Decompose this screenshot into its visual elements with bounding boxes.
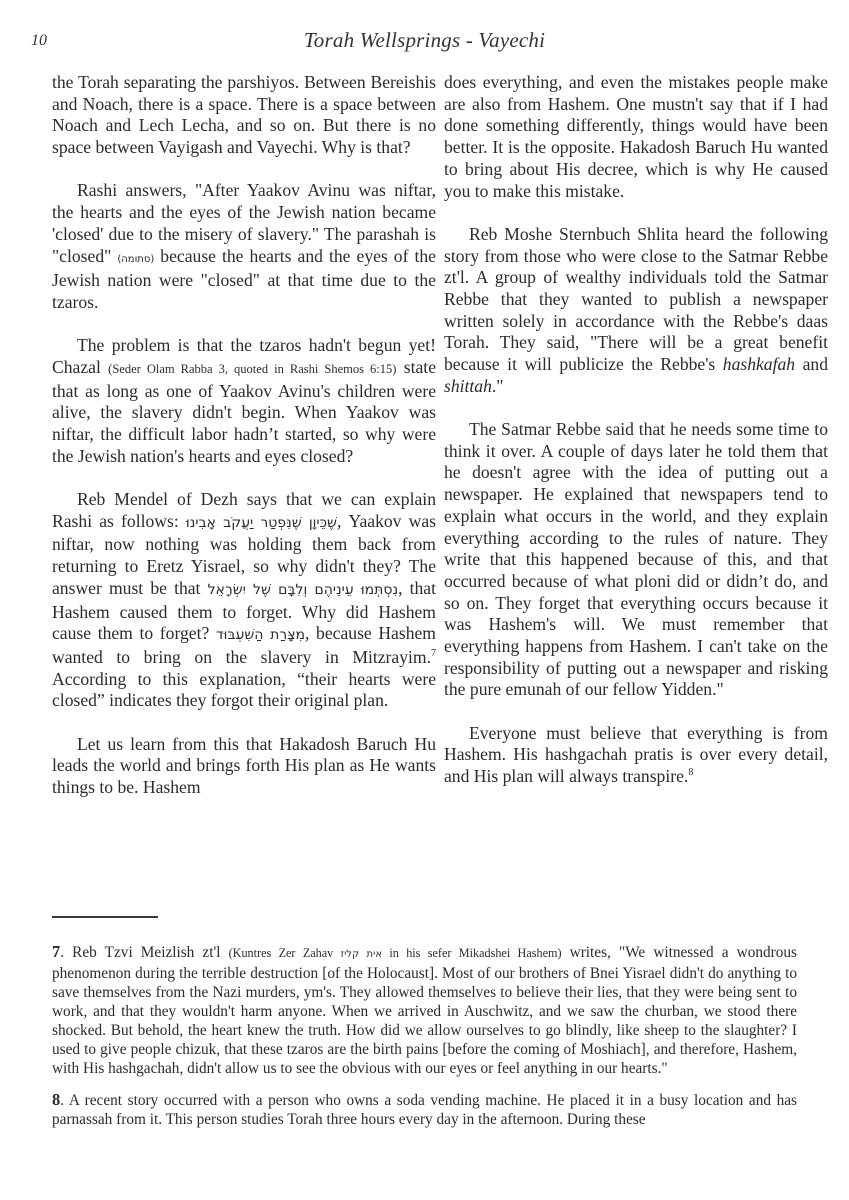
running-title: Torah Wellsprings - Vayechi bbox=[0, 28, 849, 53]
paragraph-text: The Satmar Rebbe said that he needs some… bbox=[444, 419, 828, 699]
paragraph-text: the Torah separating the parshiyos. Betw… bbox=[52, 72, 436, 157]
footnotes: 7. Reb Tzvi Meizlish zt'l (Kuntres Zer Z… bbox=[52, 942, 797, 1141]
running-header: 10 Torah Wellsprings - Vayechi bbox=[0, 26, 849, 56]
paragraph-text: According to this explanation, “their he… bbox=[52, 669, 436, 711]
footnote-text: writes, "We witnessed a wondrous phenome… bbox=[52, 944, 797, 1077]
italic-term: hashkafah bbox=[723, 354, 795, 374]
hebrew-quote: נִסְתְּמוּ עֵינֵיהֶם וְלִבָּם שֶׁל יִשְׂ… bbox=[208, 582, 398, 598]
paragraph-text: does everything, and even the mistakes p… bbox=[444, 72, 828, 201]
footnote-reference[interactable]: 8 bbox=[688, 767, 693, 778]
footnote-number: 7 bbox=[52, 942, 60, 961]
footnote-text: . Reb Tzvi Meizlish zt'l bbox=[60, 944, 228, 961]
source-citation: (Kuntres Zer Zahav bbox=[229, 946, 341, 960]
paragraph-text: and bbox=[795, 354, 828, 374]
hebrew-term: אית קליז bbox=[341, 949, 382, 960]
paragraph: Everyone must believe that everything is… bbox=[444, 723, 828, 788]
paragraph-text: Everyone must believe that everything is… bbox=[444, 723, 828, 786]
paragraph: The problem is that the tzaros hadn't be… bbox=[52, 335, 436, 467]
footnote-number: 8 bbox=[52, 1090, 60, 1109]
footnote-7: 7. Reb Tzvi Meizlish zt'l (Kuntres Zer Z… bbox=[52, 942, 797, 1078]
paragraph: The Satmar Rebbe said that he needs some… bbox=[444, 419, 828, 701]
paragraph: does everything, and even the mistakes p… bbox=[444, 72, 828, 202]
footnote-text: . A recent story occurred with a person … bbox=[52, 1092, 797, 1128]
source-citation: (Seder Olam Rabba 3, quoted in Rashi She… bbox=[108, 362, 396, 376]
paragraph: Reb Moshe Sternbuch Shlita heard the fol… bbox=[444, 224, 828, 398]
paragraph: Let us learn from this that Hakadosh Bar… bbox=[52, 734, 436, 799]
paragraph-text: Reb Moshe Sternbuch Shlita heard the fol… bbox=[444, 224, 828, 374]
hebrew-term: (סתומה) bbox=[117, 254, 154, 265]
paragraph-text: ." bbox=[492, 376, 504, 396]
italic-term: shittah bbox=[444, 376, 492, 396]
hebrew-quote: שֶׁכֵּיוָן שֶׁנִּפְטַר יַעֲקֹב אָבִינוּ bbox=[186, 515, 337, 531]
right-column: does everything, and even the mistakes p… bbox=[444, 72, 828, 809]
paragraph: the Torah separating the parshiyos. Betw… bbox=[52, 72, 436, 159]
hebrew-quote: מִצָּרַת הַשִּׁעְבּוּד bbox=[216, 627, 305, 643]
footnote-reference[interactable]: 7 bbox=[431, 648, 436, 659]
paragraph: Reb Mendel of Dezh says that we can expl… bbox=[52, 489, 436, 712]
footnote-divider bbox=[52, 916, 158, 918]
paragraph: Rashi answers, "After Yaakov Avinu was n… bbox=[52, 180, 436, 313]
source-citation: in his sefer Mikadshei Hashem) bbox=[382, 946, 562, 960]
paragraph-text: Let us learn from this that Hakadosh Bar… bbox=[52, 734, 436, 797]
left-column: the Torah separating the parshiyos. Betw… bbox=[52, 72, 436, 820]
footnote-8: 8. A recent story occurred with a person… bbox=[52, 1090, 797, 1129]
